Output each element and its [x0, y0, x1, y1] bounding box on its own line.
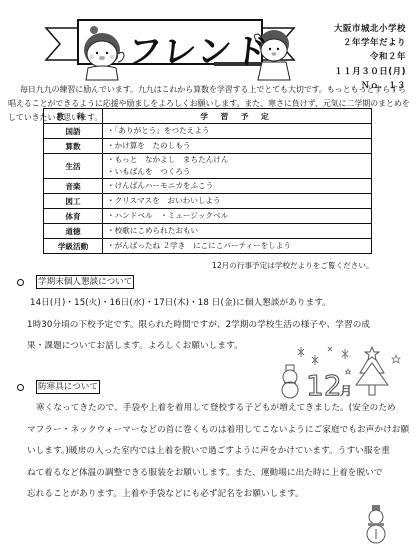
table-row: 道徳 ・校歌にこめられたおもい: [44, 224, 372, 239]
section-heading-conference: 学期末個人懇談について: [17, 275, 134, 289]
subject-cell: 国語: [44, 124, 103, 139]
plan-cell: ・かけ算を たのしもう: [103, 139, 372, 154]
paragraph-line: ねて着るなど体温の調整できる服装をお願いします。また、運動場に出た時に上着を脱い…: [27, 463, 411, 485]
table-row: 体育 ・ハンドベル ・ミュージックベル: [44, 209, 372, 224]
plan-cell: ・「ありがとう」をつたえよう: [103, 124, 372, 139]
paragraph-line: 忘れることがあります。上着や手袋などにも必ず記名をお願いします。: [27, 484, 411, 506]
column-header-plan: 学 習 予 定: [103, 109, 372, 124]
circle-bullet-icon: [17, 279, 24, 286]
table-row: 学級活動 ・がんばったね ２学き にこにこパーティーをしよう: [44, 239, 372, 254]
snowman-icon: [282, 365, 298, 398]
plan-line: ・もっと なかよし まちたんけん: [107, 154, 367, 166]
table-row: 音楽 ・けんばんハーモニカをふこう: [44, 179, 372, 194]
section-heading-winter-wear: 防寒具について: [17, 380, 100, 394]
plan-cell: ・もっと なかよし まちたんけん ・いもばんを つくろう: [103, 154, 372, 179]
svg-text:月: 月: [340, 384, 352, 398]
newsletter-title: フレンド: [125, 24, 272, 73]
newsletter-name: ２年学年だより: [334, 36, 406, 50]
table-row: 図工 ・クリスマスを おいわいしよう: [44, 194, 372, 209]
column-header-subject: 教 科: [44, 109, 103, 124]
issue-date: １１月３０日(月): [334, 65, 406, 79]
plan-cell: ・クリスマスを おいわいしよう: [103, 194, 372, 209]
paragraph-line: いします。)暖房の入った室内では上着を脱いで過ごすように声をかけています。うすい…: [27, 441, 411, 463]
title-banner: フレンド: [44, 10, 296, 82]
subject-cell: 音楽: [44, 179, 103, 194]
table-row: 生活 ・もっと なかよし まちたんけん ・いもばんを つくろう: [44, 154, 372, 179]
schedule-note: 12月の行事予定は学校だよりをご覧ください。: [212, 260, 374, 271]
subject-cell: 生活: [44, 154, 103, 179]
month-badge: 12: [306, 369, 342, 399]
era-year: 令和２年: [334, 50, 406, 64]
school-name: 大阪市城北小学校: [334, 22, 406, 36]
table-header-row: 教 科 学 習 予 定: [44, 109, 372, 124]
table-row: 国語 ・「ありがとう」をつたえよう: [44, 124, 372, 139]
plan-cell: ・校歌にこめられたおもい: [103, 224, 372, 239]
plan-cell: ・がんばったね ２学き にこにこパーティーをしよう: [103, 239, 372, 254]
circle-bullet-icon: [17, 384, 24, 391]
section-title: 防寒具について: [36, 380, 100, 394]
christmas-tree-icon: [356, 347, 388, 395]
section-title: 学期末個人懇談について: [36, 275, 134, 289]
subject-cell: 算数: [44, 139, 103, 154]
plan-cell: ・ハンドベル ・ミュージックベル: [103, 209, 372, 224]
section-body-winter-wear: 寒くなってきたので、手袋や上着を着用して登校する子どもが増えてきました。(安全の…: [27, 398, 411, 506]
schedule-table: 教 科 学 習 予 定 国語 ・「ありがとう」をつたえよう 算数 ・かけ算を た…: [43, 108, 372, 254]
paragraph-line: 寒くなってきたので、手袋や上着を着用して登校する子どもが増えてきました。(安全の…: [27, 398, 411, 420]
paragraph-line: 1時30分頃の下校予定です。限られた時間ですが、2学期の学校生活の様子や、学習の…: [27, 315, 407, 337]
table-row: 算数 ・かけ算を たのしもう: [44, 139, 372, 154]
subject-cell: 体育: [44, 209, 103, 224]
paragraph-line: 14日(月)・15(火)・16日(水)・17日(木)・18 日(金)に個人懇談が…: [27, 293, 407, 315]
plan-cell: ・けんばんハーモニカをふこう: [103, 179, 372, 194]
december-decoration: 12 月: [272, 343, 416, 399]
plan-line: ・いもばんを つくろう: [107, 166, 367, 178]
subject-cell: 道徳: [44, 224, 103, 239]
snowman-icon: [362, 505, 390, 545]
snowflake-icon: [298, 347, 348, 365]
paragraph-line: マフラー・ネックウォーマーなどの首に巻くものは着用してこないようにご家庭でもお声…: [27, 420, 411, 442]
subject-cell: 学級活動: [44, 239, 103, 254]
subject-cell: 図工: [44, 194, 103, 209]
